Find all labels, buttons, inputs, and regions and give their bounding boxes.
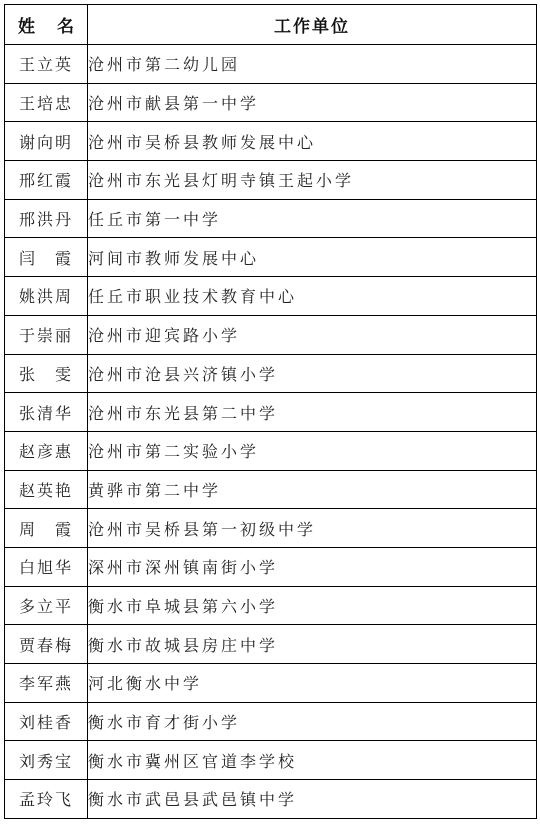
table-row: 王立英 沧州市第二幼儿园 [5, 45, 537, 84]
table-row: 孟玲飞 衡水市武邑县武邑镇中学 [5, 780, 537, 819]
cell-name: 李军燕 [5, 664, 88, 703]
cell-unit: 沧州市献县第一中学 [88, 83, 537, 122]
cell-name: 张清华 [5, 393, 88, 432]
table-row: 刘秀宝 衡水市冀州区官道李学校 [5, 741, 537, 780]
header-name: 姓名 [5, 5, 88, 45]
table-row: 周 霞 沧州市吴桥县第一初级中学 [5, 509, 537, 548]
cell-name: 赵英艳 [5, 470, 88, 509]
cell-name: 周 霞 [5, 509, 88, 548]
cell-name: 邢洪丹 [5, 199, 88, 238]
cell-name: 王立英 [5, 45, 88, 84]
cell-unit: 沧州市东光县灯明寺镇王起小学 [88, 161, 537, 200]
cell-name: 张 雯 [5, 354, 88, 393]
cell-unit: 沧州市沧县兴济镇小学 [88, 354, 537, 393]
cell-unit: 沧州市吴桥县教师发展中心 [88, 122, 537, 161]
cell-unit: 沧州市第二幼儿园 [88, 45, 537, 84]
cell-name: 王培忠 [5, 83, 88, 122]
table-row: 邢洪丹 任丘市第一中学 [5, 199, 537, 238]
table-row: 赵英艳 黄骅市第二中学 [5, 470, 537, 509]
table-header-row: 姓名 工作单位 [5, 5, 537, 45]
cell-unit: 衡水市武邑县武邑镇中学 [88, 780, 537, 819]
cell-unit: 沧州市吴桥县第一初级中学 [88, 509, 537, 548]
table-row: 多立平 衡水市阜城县第六小学 [5, 586, 537, 625]
table-row: 贾春梅 衡水市故城县房庄中学 [5, 625, 537, 664]
table-row: 谢向明 沧州市吴桥县教师发展中心 [5, 122, 537, 161]
header-unit: 工作单位 [88, 5, 537, 45]
document-page: 姓名 工作单位 王立英 沧州市第二幼儿园 王培忠 沧州市献县第一中学 谢向明 沧… [4, 4, 536, 819]
cell-unit: 黄骅市第二中学 [88, 470, 537, 509]
header-name-left: 姓 [18, 17, 35, 37]
table-row: 刘桂香 衡水市育才街小学 [5, 702, 537, 741]
cell-name: 多立平 [5, 586, 88, 625]
cell-name: 闫 霞 [5, 238, 88, 277]
cell-unit: 衡水市冀州区官道李学校 [88, 741, 537, 780]
cell-name: 谢向明 [5, 122, 88, 161]
table-row: 邢红霞 沧州市东光县灯明寺镇王起小学 [5, 161, 537, 200]
cell-name: 白旭华 [5, 547, 88, 586]
cell-name: 刘桂香 [5, 702, 88, 741]
table-row: 赵彦惠 沧州市第二实验小学 [5, 431, 537, 470]
cell-unit: 沧州市东光县第二中学 [88, 393, 537, 432]
header-name-right: 名 [57, 17, 74, 37]
table-row: 白旭华 深州市深州镇南街小学 [5, 547, 537, 586]
cell-unit: 河间市教师发展中心 [88, 238, 537, 277]
cell-unit: 任丘市第一中学 [88, 199, 537, 238]
cell-unit: 衡水市阜城县第六小学 [88, 586, 537, 625]
cell-unit: 任丘市职业技术教育中心 [88, 277, 537, 316]
table-row: 张 雯 沧州市沧县兴济镇小学 [5, 354, 537, 393]
cell-unit: 衡水市育才街小学 [88, 702, 537, 741]
table-row: 闫 霞 河间市教师发展中心 [5, 238, 537, 277]
cell-unit: 沧州市第二实验小学 [88, 431, 537, 470]
cell-unit: 河北衡水中学 [88, 664, 537, 703]
cell-name: 孟玲飞 [5, 780, 88, 819]
cell-name: 赵彦惠 [5, 431, 88, 470]
cell-name: 邢红霞 [5, 161, 88, 200]
table-row: 张清华 沧州市东光县第二中学 [5, 393, 537, 432]
cell-name: 贾春梅 [5, 625, 88, 664]
cell-name: 姚洪周 [5, 277, 88, 316]
cell-unit: 衡水市故城县房庄中学 [88, 625, 537, 664]
table-row: 姚洪周 任丘市职业技术教育中心 [5, 277, 537, 316]
cell-name: 刘秀宝 [5, 741, 88, 780]
cell-unit: 深州市深州镇南街小学 [88, 547, 537, 586]
table-row: 王培忠 沧州市献县第一中学 [5, 83, 537, 122]
roster-table: 姓名 工作单位 王立英 沧州市第二幼儿园 王培忠 沧州市献县第一中学 谢向明 沧… [4, 4, 537, 819]
cell-unit: 沧州市迎宾路小学 [88, 315, 537, 354]
table-row: 于崇丽 沧州市迎宾路小学 [5, 315, 537, 354]
cell-name: 于崇丽 [5, 315, 88, 354]
table-row: 李军燕 河北衡水中学 [5, 664, 537, 703]
